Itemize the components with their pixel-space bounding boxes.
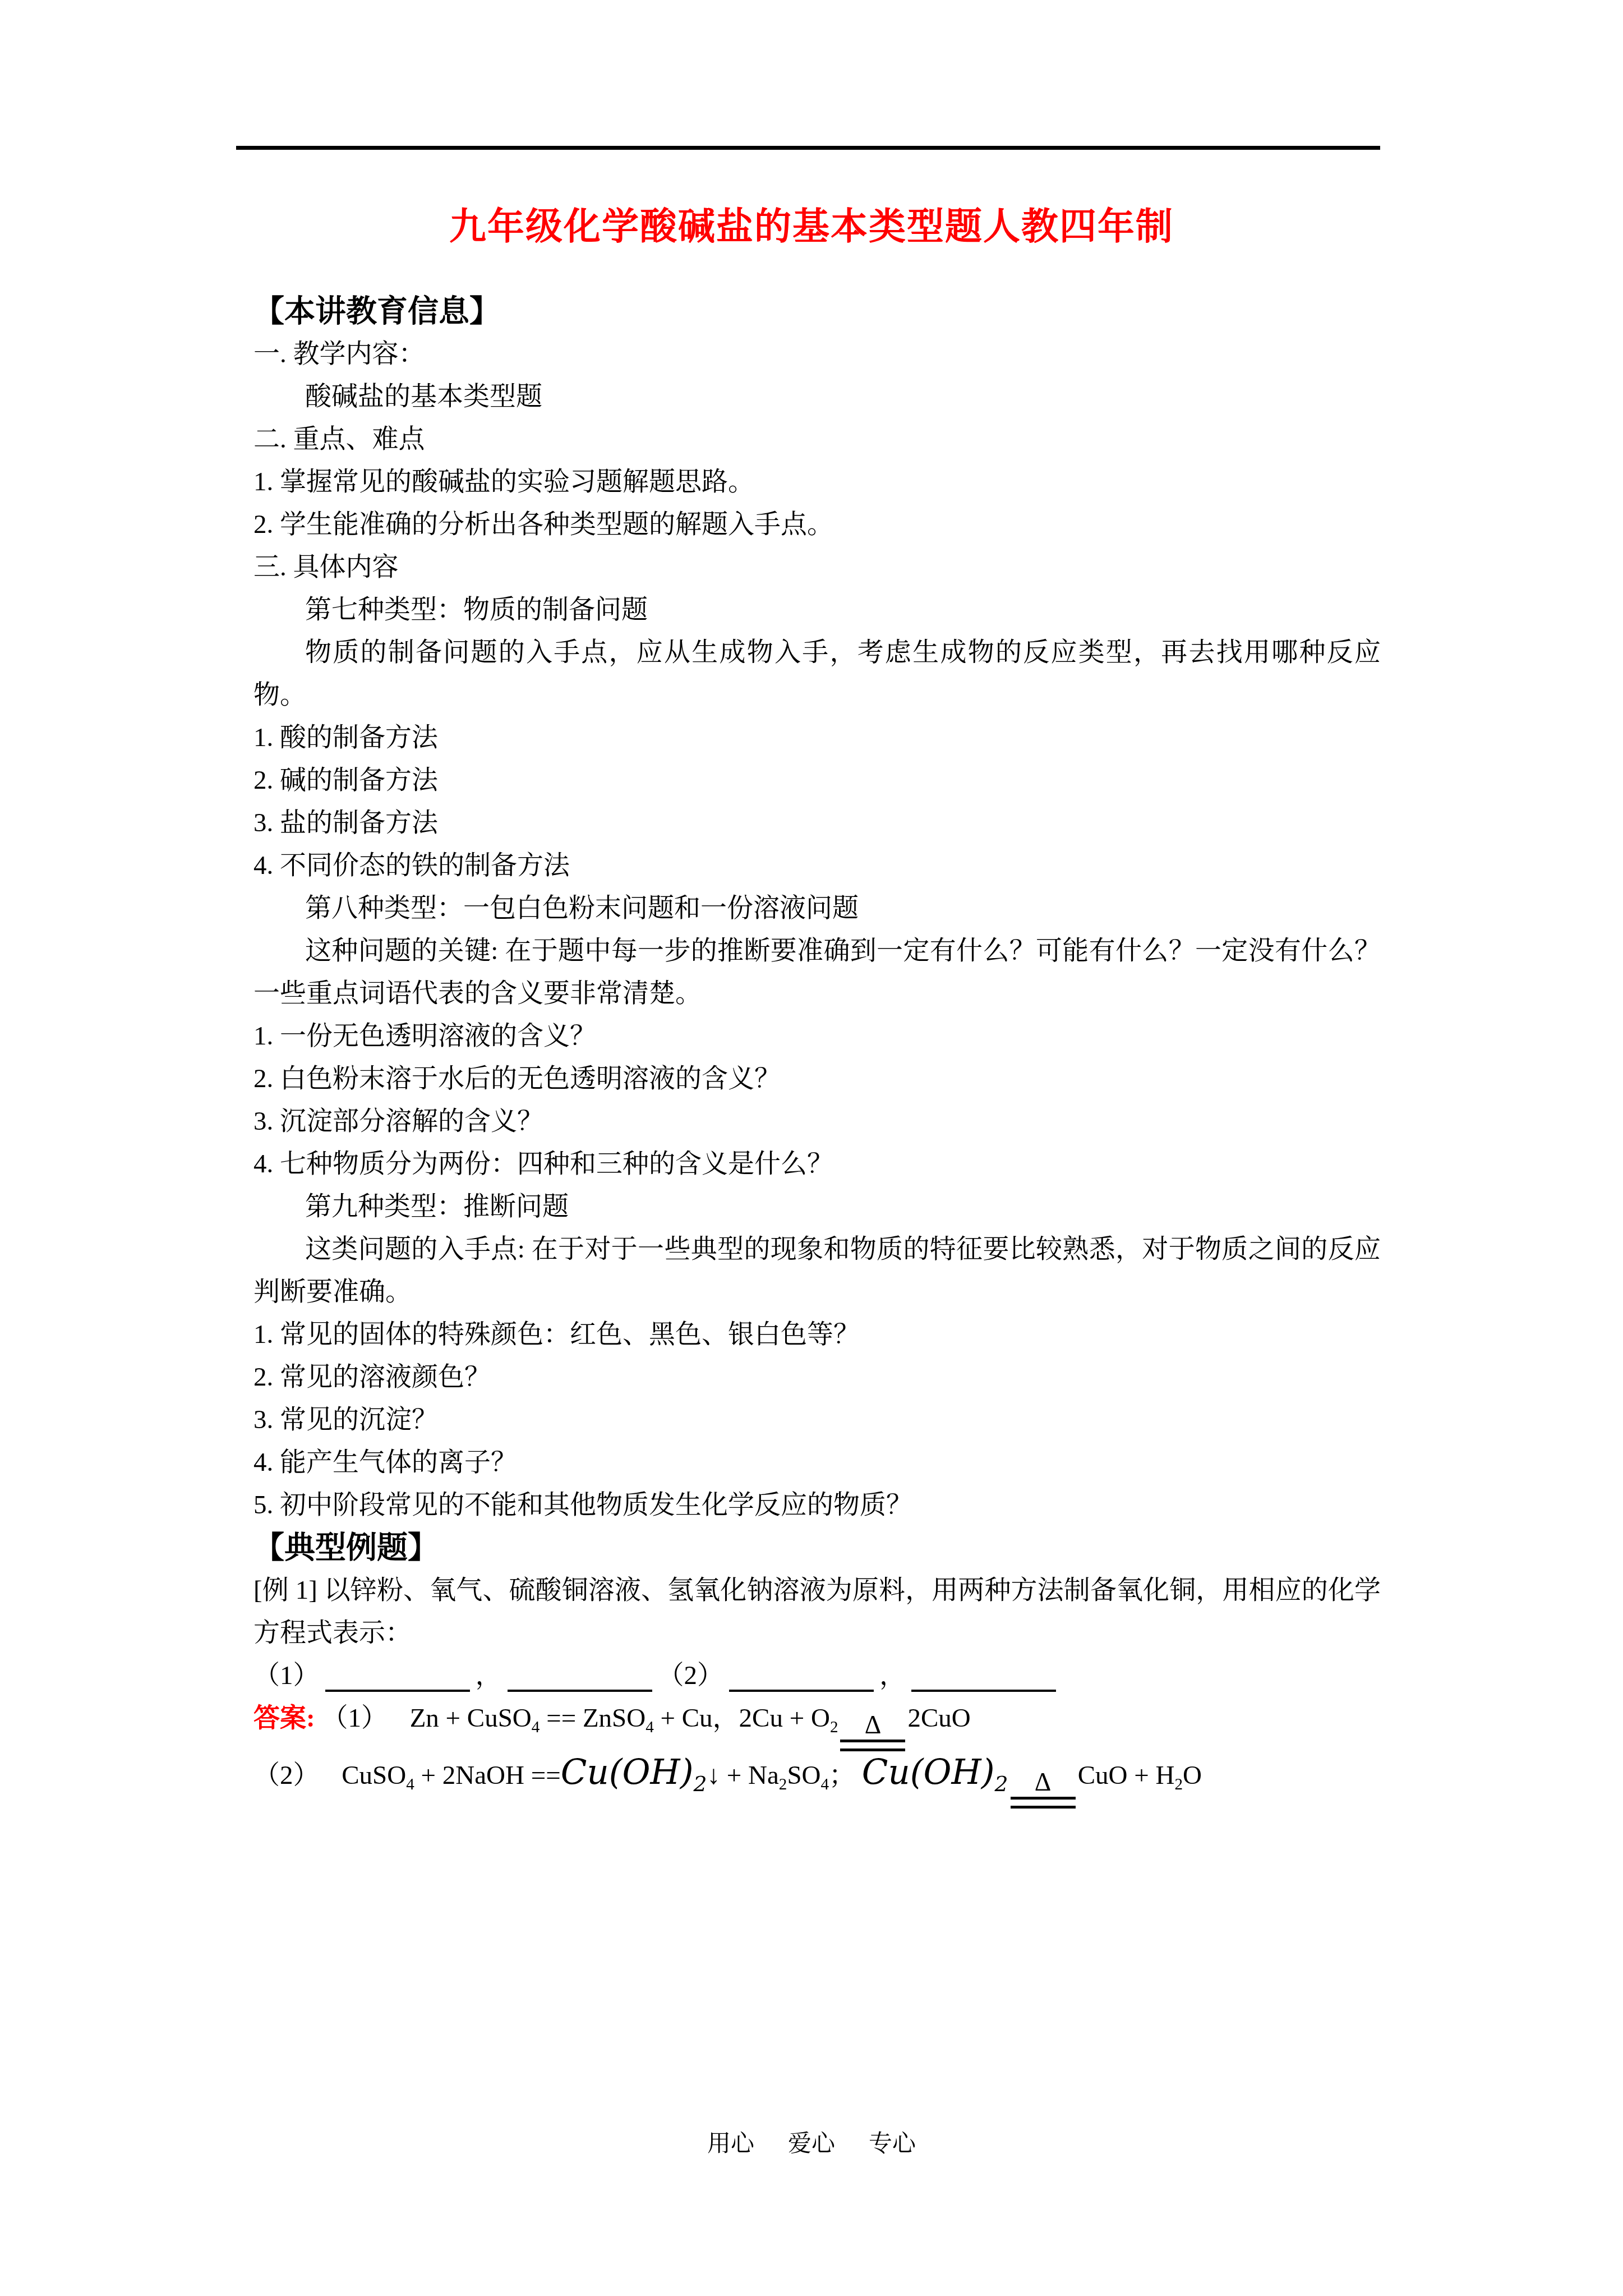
equation-text: CuSO4 + 2NaOH == (342, 1761, 560, 1790)
page-footer: 用心爱心专心 (0, 2125, 1623, 2159)
heading-teaching-content: 一. 教学内容： (253, 333, 1381, 375)
document-title: 九年级化学酸碱盐的基本类型题人教四年制 (0, 196, 1623, 250)
answer-blank (729, 1690, 874, 1692)
type9-intro: 这类问题的入手点: 在于对于一些典型的现象和物质的特征要比较熟悉，对于物质之间的… (253, 1228, 1381, 1313)
delta-symbol: Δ (1011, 1768, 1076, 1797)
fill-blanks-line: （1），（2）， (253, 1654, 1381, 1697)
list-item: 3. 盐的制备方法 (253, 802, 1381, 844)
section-header-info: 【本讲教育信息】 (253, 290, 1381, 333)
comma: ， (879, 1661, 906, 1690)
blank-number-2: （2） (658, 1661, 724, 1690)
list-item: 4. 能产生气体的离子？ (253, 1441, 1381, 1484)
blank-number-1: （1） (253, 1661, 320, 1690)
list-item: 3. 沉淀部分溶解的含义？ (253, 1100, 1381, 1143)
equation-text: Zn + CuSO4 == ZnSO4 + Cu，2Cu + O2 (410, 1704, 838, 1733)
footer-word: 专心 (869, 2131, 916, 2157)
equation-text: 2CuO (907, 1704, 970, 1733)
comma: ， (476, 1661, 502, 1690)
list-item: 1. 酸的制备方法 (253, 716, 1381, 759)
list-item: 1. 掌握常见的酸碱盐的实验习题解题思路。 (253, 461, 1381, 503)
equation-text: ↓ + Na2SO4； (707, 1761, 856, 1790)
teaching-content-text: 酸碱盐的基本类型题 (253, 375, 1381, 418)
type8-intro: 这种问题的关键: 在于题中每一步的推断要准确到一定有什么？可能有什么？一定没有什… (253, 930, 1381, 1015)
math-italic-formula: Cu(OH)2 (561, 1752, 707, 1792)
answer-line-1: 答案: （1） Zn + CuSO4 == ZnSO4 + Cu，2Cu + O… (253, 1697, 1381, 1751)
answer-label: 答案: (253, 1704, 315, 1733)
answer-part-number: （2） (253, 1761, 320, 1790)
delta-symbol: Δ (840, 1710, 905, 1740)
list-item: 4. 七种物质分为两份：四种和三种的含义是什么？ (253, 1143, 1381, 1185)
answer-line-2: （2） CuSO4 + 2NaOH ==Cu(OH)2↓ + Na2SO4； C… (253, 1751, 1381, 1809)
section-header-examples: 【典型例题】 (253, 1526, 1381, 1569)
header-rule (236, 146, 1380, 150)
type8-title: 第八种类型：一包白色粉末问题和一份溶液问题 (253, 887, 1381, 930)
list-item: 1. 常见的固体的特殊颜色：红色、黑色、银白色等？ (253, 1313, 1381, 1356)
list-item: 2. 白色粉末溶于水后的无色透明溶液的含义？ (253, 1057, 1381, 1100)
double-equals-bar (840, 1740, 905, 1751)
math-italic-formula: Cu(OH)2 (862, 1752, 1008, 1792)
answer-blank (325, 1690, 470, 1692)
equation-text: CuO + H2O (1078, 1761, 1202, 1790)
type9-title: 第九种类型：推断问题 (253, 1185, 1381, 1228)
heated-equals: Δ (840, 1710, 905, 1751)
double-equals-bar (1011, 1797, 1076, 1809)
heated-equals: Δ (1011, 1768, 1076, 1809)
document-body: 【本讲教育信息】 一. 教学内容： 酸碱盐的基本类型题 二. 重点、难点 1. … (253, 290, 1381, 1809)
list-item: 1. 一份无色透明溶液的含义？ (253, 1015, 1381, 1057)
heading-details: 三. 具体内容 (253, 546, 1381, 588)
answer-part-number: （1） (321, 1704, 388, 1733)
answer-blank (508, 1690, 652, 1692)
list-item: 2. 碱的制备方法 (253, 759, 1381, 802)
answer-blank (911, 1690, 1056, 1692)
type7-intro: 物质的制备问题的入手点，应从生成物入手，考虑生成物的反应类型，再去找用哪种反应物… (253, 631, 1381, 716)
example1-intro: [例 1] 以锌粉、氧气、硫酸铜溶液、氢氧化钠溶液为原料，用两种方法制备氧化铜，… (253, 1569, 1381, 1654)
list-item: 2. 学生能准确的分析出各种类型题的解题入手点。 (253, 503, 1381, 546)
list-item: 4. 不同价态的铁的制备方法 (253, 844, 1381, 887)
list-item: 5. 初中阶段常见的不能和其他物质发生化学反应的物质？ (253, 1484, 1381, 1526)
type7-title: 第七种类型：物质的制备问题 (253, 588, 1381, 631)
footer-word: 用心 (707, 2131, 754, 2157)
list-item: 3. 常见的沉淀？ (253, 1398, 1381, 1441)
footer-word: 爱心 (788, 2131, 835, 2157)
heading-keypoints: 二. 重点、难点 (253, 418, 1381, 461)
list-item: 2. 常见的溶液颜色？ (253, 1356, 1381, 1398)
